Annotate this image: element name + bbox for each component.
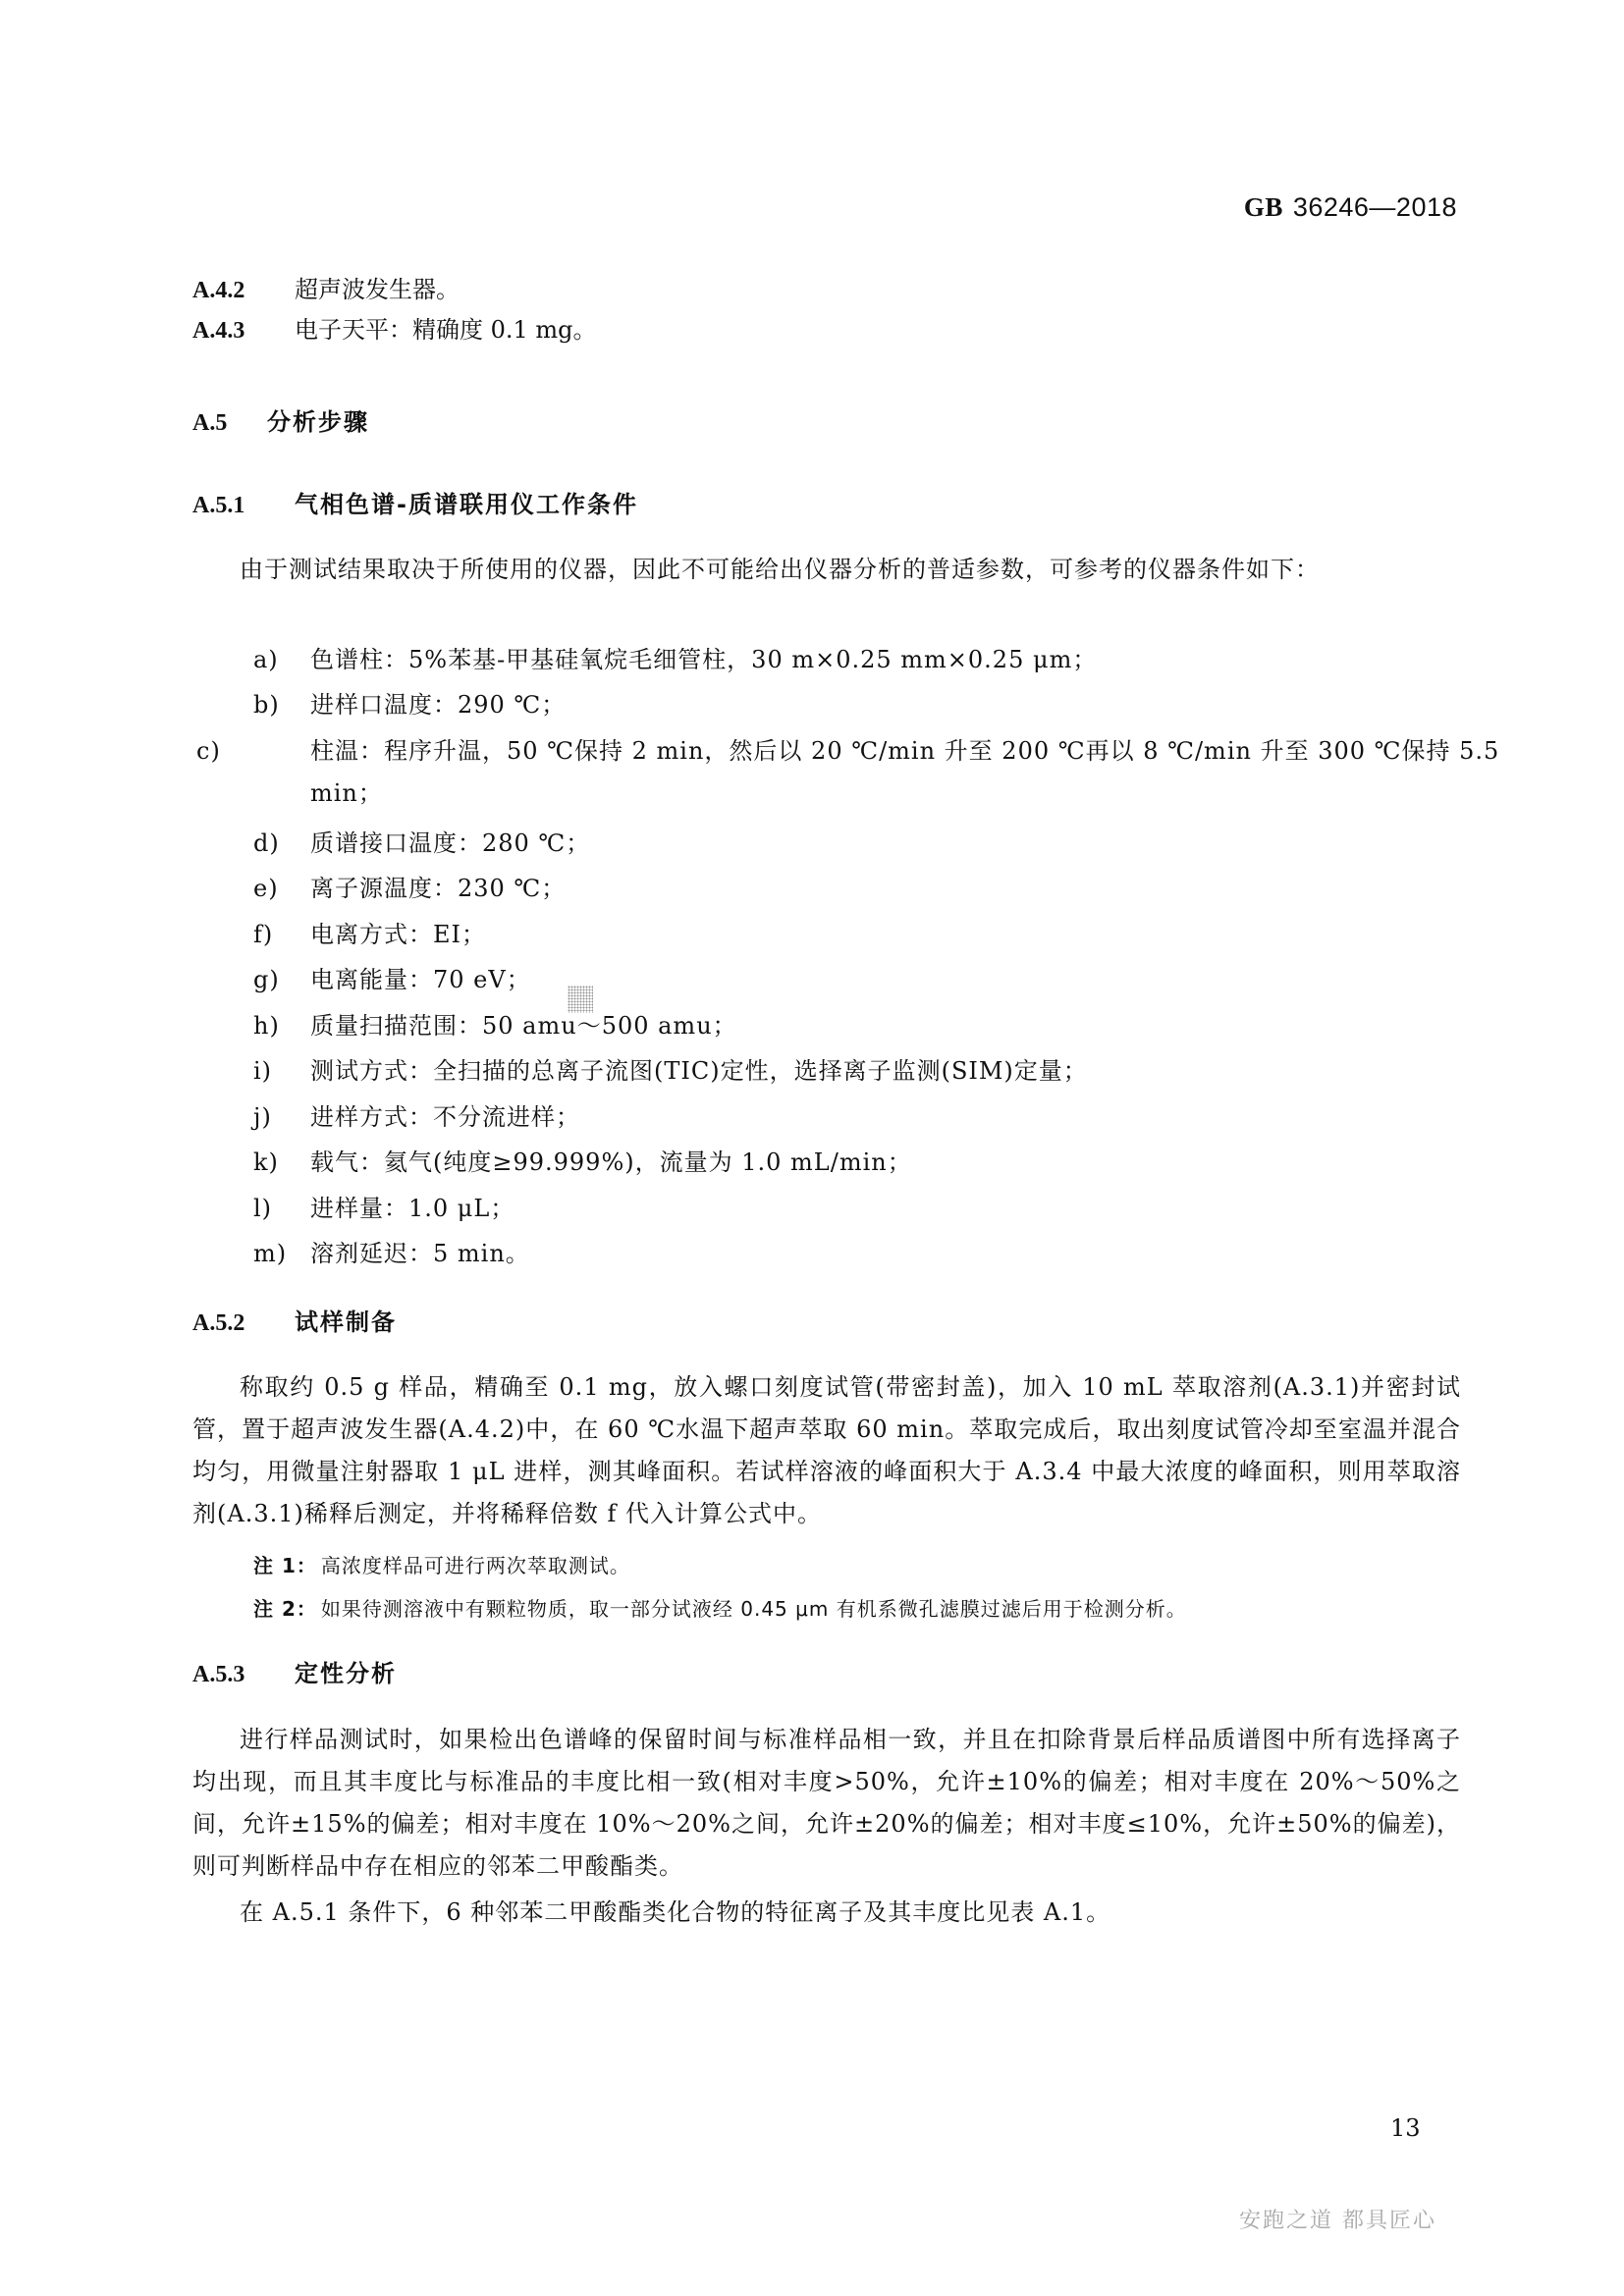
clause-text: 超声波发生器。 (295, 276, 460, 303)
clause-number: A.4.3 (192, 314, 295, 347)
section-heading-a52: A.5.2试样制备 (192, 1306, 397, 1340)
note-2: 注 2：如果待测溶液中有颗粒物质，取一部分试液经 0.45 μm 有机系微孔滤膜… (253, 1594, 1187, 1624)
paragraph-sample-prep: 称取约 0.5 g 样品，精确至 0.1 mg，放入螺口刻度试管(带密封盖)，加… (192, 1366, 1461, 1535)
note-1: 注 1：高浓度样品可进行两次萃取测试。 (253, 1551, 630, 1580)
list-item-h: h)质量扫描范围：50 amu～500 amu； (253, 1005, 737, 1047)
paragraph-intro: 由于测试结果取决于所使用的仪器，因此不可能给出仪器分析的普适参数，可参考的仪器条… (192, 549, 1461, 591)
section-title: 分析步骤 (267, 408, 369, 436)
list-item-l: l)进样量：1.0 μL； (253, 1188, 514, 1230)
list-item-c: c)柱温：程序升温，50 ℃保持 2 min，然后以 20 ℃/min 升至 2… (253, 730, 1518, 815)
scan-noise-artifact (568, 986, 593, 1013)
paragraph-qualitative-2: 在 A.5.1 条件下，6 种邻苯二甲酸酯类化合物的特征离子及其丰度比见表 A.… (192, 1892, 1461, 1934)
list-item-m: m)溶剂延迟：5 min。 (253, 1233, 530, 1275)
list-item-e: e)离子源温度：230 ℃； (253, 868, 566, 910)
section-heading-a53: A.5.3定性分析 (192, 1657, 397, 1691)
section-heading-a51: A.5.1气相色谱-质谱联用仪工作条件 (192, 488, 638, 522)
document-page: GB36246—2018 A.4.2超声波发生器。 A.4.3电子天平：精确度 … (0, 0, 1624, 2296)
list-item-a: a)色谱柱：5%苯基-甲基硅氧烷毛细管柱，30 m×0.25 mm×0.25 μ… (253, 639, 1097, 681)
clause-text: 电子天平：精确度 0.1 mg。 (295, 316, 597, 344)
section-number: A.5.2 (192, 1307, 295, 1340)
paragraph-qualitative-1: 进行样品测试时，如果检出色谱峰的保留时间与标准样品相一致，并且在扣除背景后样品质… (192, 1719, 1461, 1888)
section-title: 定性分析 (295, 1660, 397, 1687)
list-item-b: b)进样口温度：290 ℃； (253, 684, 566, 726)
list-item-j: j)进样方式：不分流进样； (253, 1096, 580, 1139)
list-item-i: i)测试方式：全扫描的总离子流图(TIC)定性，选择离子监测(SIM)定量； (253, 1050, 1088, 1093)
watermark-text: 安跑之道 都具匠心 (1239, 2204, 1436, 2234)
standard-number: 36246—2018 (1293, 192, 1457, 222)
standard-code: GB36246—2018 (1244, 192, 1457, 223)
section-number: A.5.1 (192, 489, 295, 522)
page-number: 13 (1390, 2114, 1421, 2142)
clause-number: A.4.2 (192, 274, 295, 307)
section-number: A.5.3 (192, 1658, 295, 1691)
section-heading-a5: A.5分析步骤 (192, 405, 369, 440)
list-item-g: g)电离能量：70 eV； (253, 959, 531, 1001)
section-title: 气相色谱-质谱联用仪工作条件 (295, 491, 638, 518)
clause-a43: A.4.3电子天平：精确度 0.1 mg。 (192, 313, 597, 347)
list-item-k: k)载气：氦气(纯度≥99.999%)，流量为 1.0 mL/min； (253, 1142, 912, 1184)
clause-a42: A.4.2超声波发生器。 (192, 273, 460, 307)
list-item-d: d)质谱接口温度：280 ℃； (253, 823, 590, 865)
section-number: A.5 (192, 406, 267, 440)
standard-prefix: GB (1244, 192, 1283, 222)
list-item-f: f)电离方式：EI； (253, 914, 486, 956)
section-title: 试样制备 (295, 1308, 397, 1336)
